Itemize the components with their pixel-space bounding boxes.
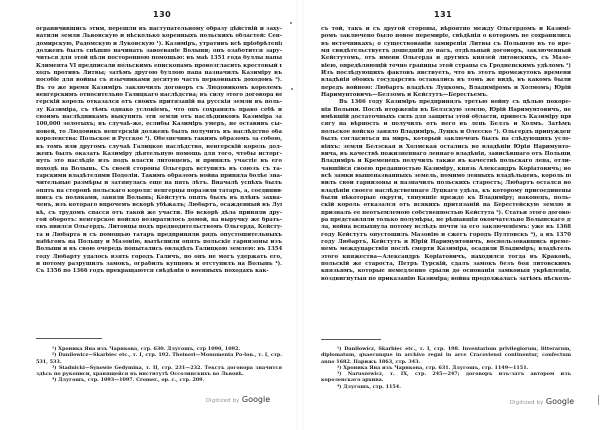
text-line: віяхъ: земли Белзская и Холмская осталис…	[321, 144, 571, 151]
text-line: Климента VI предписали польскимъ епископ…	[36, 63, 282, 70]
text-line: 100,000 золотыхъ; въ случаѣ-же, еслибы К…	[36, 121, 282, 128]
text-line: Волыни и въ свою очередь попытались овла…	[36, 246, 282, 253]
google-watermark: Digitized by Google	[206, 395, 270, 404]
text-line: герскій король отказался отъ своихъ прит…	[36, 99, 282, 106]
text-line: королевства: Польское и Русское ³). Обез…	[36, 136, 282, 143]
page-edge-mark	[598, 395, 599, 405]
text-line: скій король отказался отъ всякихъ притяз…	[321, 202, 571, 209]
watermark-brand: Google	[546, 397, 574, 406]
text-line: Въ 1366 году Казиміръ предпринялъ третью…	[321, 99, 571, 106]
footnote: ¹) Danilowicz, Skarbiec etc., т. I, стр.…	[321, 346, 571, 365]
text-line: нія Волыни. Послѣ вторженія въ Белзскую …	[321, 107, 571, 114]
text-line: долженъ былъ снѣшно начинать завоеваніе …	[36, 48, 282, 55]
text-line: сягу на вѣрность и получилъ отъ него въ …	[321, 121, 571, 128]
body-text: съ той, такъ и съ другой стороны, вѣроят…	[321, 26, 571, 283]
text-line: Кейстутомъ, отъ имени Ольгерда и другихъ…	[321, 55, 571, 62]
watermark-prefix: Digitized by	[206, 398, 239, 404]
text-line: тарскими владѣтелями Подоліи. Такимъ обр…	[36, 173, 282, 180]
text-line: въ источникахъ; о существованіи замирені…	[321, 41, 571, 48]
text-line: князьямъ, которые немедленно срыли до ос…	[321, 268, 571, 275]
scan-speck	[291, 88, 293, 90]
text-line: ромъ заключено было новое перемиріе, свѣ…	[321, 33, 571, 40]
text-line: владѣнія обоихъ государствъ оставались в…	[321, 77, 571, 84]
text-line: и потому разрушилъ замокъ, ограбилъ купц…	[36, 261, 282, 268]
text-line: съ той, такъ и съ другой стороны, вѣроят…	[321, 26, 571, 33]
text-line: женъ былъ оказать Казиміру дѣятельную по…	[36, 151, 282, 158]
text-line: передъ войною: Любартъ владѣлъ Луцкомъ, …	[321, 85, 571, 92]
text-line: воздвигнутыя по приказанію Казиміра; вой…	[321, 276, 571, 283]
footnote-divider	[321, 339, 381, 340]
text-line: мя свидѣтельствуетъ дошедшій до насъ, от…	[321, 48, 571, 55]
text-line: новей, то Людовикъ венгерскій долженъ бы…	[36, 129, 282, 136]
text-line: чавшійся своею преданностью Казиміру, кн…	[321, 166, 571, 173]
text-line: кѣ, съ трудомъ спасся отъ такой же участ…	[36, 210, 282, 217]
text-line: Изъ послѣдующихъ фактовъ явствуетъ, что …	[321, 70, 571, 77]
text-line: былъ согласиться на миръ, который заключ…	[321, 136, 571, 143]
text-line: походѣ на Волынь. Съ своей стороны Ольге…	[36, 166, 282, 173]
text-line: владѣніи своего наслѣдственнаго Луцкаго …	[321, 188, 571, 195]
footnote: ⁴) Длугошъ, стр. 1154.	[321, 384, 571, 390]
google-watermark: Digitized by Google	[510, 397, 574, 406]
text-line: Въ то же время Казиміръ заключилъ догово…	[36, 85, 282, 92]
footnote: ³) Stadnicki—Synowie Gedymina, т. II, ст…	[36, 365, 282, 378]
text-line: вилъ свои гарнизоны и назначилъ польских…	[321, 180, 571, 187]
text-line: читься для этой цѣли посторонною помощью…	[36, 55, 282, 62]
text-line: ра представляли только полумѣры, не рѣша…	[321, 217, 571, 224]
left-page: 130 ограничившись этим, перешли въ насту…	[0, 0, 296, 430]
footnote: ⁴) Длугошъ, стр. 1093—1097. Cromer., op.…	[36, 377, 282, 383]
text-line: имѣвшій достаточныхъ силъ для защиты это…	[321, 114, 571, 121]
text-line: году Любарту удалось взять городъ Галичъ…	[36, 254, 282, 261]
footnote: ²) Danilowicz—Skarbiec etc., т. I, стр. …	[36, 352, 282, 365]
text-line: ходъ противъ Литвы; затѣмъ другою буллою…	[36, 70, 282, 77]
footnotes: ¹) Danilowicz, Skarbiec etc., т. I, стр.…	[321, 346, 571, 390]
watermark-prefix: Digitized by	[510, 400, 543, 406]
text-line: ватили земли Львовскую и нѣсколько корен…	[36, 33, 282, 40]
text-line: Съ 1356 по 1366 годъ прекращаются свѣдѣн…	[36, 268, 282, 275]
text-line: вича, въ качествѣ пожизненнаго леннаго в…	[321, 151, 571, 158]
text-line: венгерскимъ относительно Галицкаго наслѣ…	[36, 92, 282, 99]
text-line: зу Казиміра, съ тѣмъ однако условіемъ, ч…	[36, 107, 282, 114]
text-line: гой оборотъ: венгерское войско возвратил…	[36, 217, 282, 224]
text-line: ченъ, изъ котораго впрочемъ вскорѣ убѣжа…	[36, 202, 282, 209]
right-page: 131 съ той, такъ и съ другой стороны, вѣ…	[304, 0, 600, 430]
text-line: шись съ поляками, заняли Волынь; Кейстут…	[36, 195, 282, 202]
text-line: та и Любарта и съ помощью татаръ предпри…	[36, 232, 282, 239]
page-number: 131	[434, 10, 452, 19]
text-line: въ томъ или другомъ случаѣ Галицкое насл…	[36, 144, 282, 151]
text-line: пособіе для войны съ язычниками десятую …	[36, 77, 282, 84]
footnote: ³) Naruszewicz, т. IX, стр. 245—247; дог…	[321, 371, 571, 384]
text-line: чительные размѣры и затянулась еще на пя…	[36, 180, 282, 187]
watermark-brand: Google	[242, 395, 270, 404]
text-line: немъ междуцарствія послѣ смерти Казиміра…	[321, 246, 571, 253]
footnotes: ¹) Хроника Яна изъ Чарнкова, стр. 630. Д…	[36, 346, 282, 384]
text-line: были нѣкоторые округи, тянувшіе прежде к…	[321, 195, 571, 202]
text-line: евъ явился Ольгердъ. Литовцы подъ предво…	[36, 224, 282, 231]
text-line: Владиміръ и Кременецъ получилъ также въ …	[321, 158, 571, 165]
text-line: віею, опредѣляющій точно границы этой ст…	[321, 63, 571, 70]
page-number: 130	[153, 10, 171, 19]
body-text: ограничившись этим, перешли въ наступате…	[36, 26, 282, 276]
scan-speck	[290, 22, 292, 24]
text-line: домирскую, Радомскую и Луковскую ¹). Каз…	[36, 41, 282, 48]
text-line: нуть это наслѣдіе изъ подъ власти литовц…	[36, 158, 282, 165]
text-line: году Любартъ, Кейстутъ и Юрій Наримунтов…	[321, 239, 571, 246]
text-line: этого княжества—Александръ Коріатовичъ, …	[321, 254, 571, 261]
text-line: опять на сторонѣ польскаго короля: венге…	[36, 188, 282, 195]
book-gutter	[296, 0, 304, 430]
text-line: ограничившись этим, перешли въ наступате…	[36, 26, 282, 33]
text-line: набѣговъ на Польшу и Мазовію, вытѣснили …	[36, 239, 282, 246]
text-line: призналъ ее неотъемлемою собственностью …	[321, 210, 571, 217]
text-line: польское войско заняло Владиміръ, Луцкъ …	[321, 129, 571, 136]
text-line: своимъ наслѣдникамъ выкупить эти земли о…	[36, 114, 282, 121]
text-line: году Кейстутъ опустошилъ Мазовію и сжегъ…	[321, 232, 571, 239]
text-line: польскій же староста, Петръ Турскій, сда…	[321, 261, 571, 268]
text-line: всѣ замки вышеназванныхъ земель, помимо …	[321, 173, 571, 180]
text-line: ла, война вспыхнула потому вслѣдъ почти …	[321, 224, 571, 231]
footnote-divider	[36, 338, 102, 339]
text-line: Наримунтовичъ—Белзомъ и Кейстутъ—Бересть…	[321, 92, 571, 99]
